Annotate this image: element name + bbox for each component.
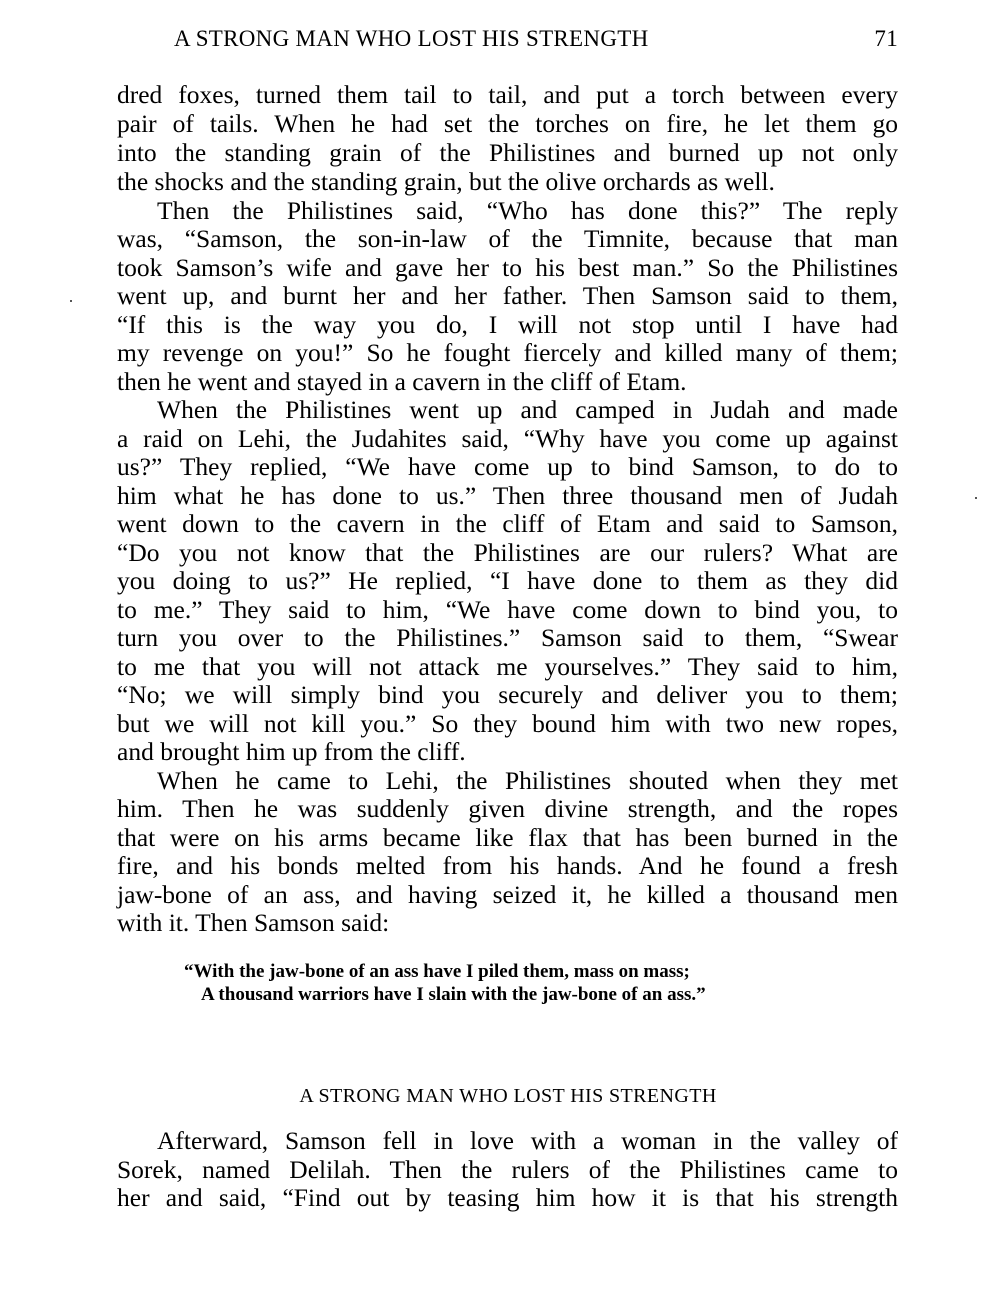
text-line: When the Philistines went up and camped … — [157, 395, 898, 424]
text-line: you doing to us?” He replied, “I have do… — [117, 566, 898, 595]
text-line: was, “Samson, the son-in-law of the Timn… — [117, 224, 898, 253]
text-line: Afterward, Samson fell in love with a wo… — [157, 1126, 898, 1155]
text-line: When he came to Lehi, the Philistines sh… — [157, 766, 898, 795]
text-line: but we will not kill you.” So they bound… — [117, 709, 898, 738]
text-line: him what he has done to us.” Then three … — [117, 481, 898, 510]
page-number: 71 — [874, 26, 898, 52]
scan-speck — [975, 497, 977, 499]
book-page: A STRONG MAN WHO LOST HIS STRENGTH 71 dr… — [0, 0, 1000, 1301]
text-line: us?” They replied, “We have come up to b… — [117, 452, 898, 481]
running-head-title: A STRONG MAN WHO LOST HIS STRENGTH — [174, 26, 649, 52]
text-line: a raid on Lehi, the Judahites said, “Why… — [117, 424, 898, 453]
text-line: the shocks and the standing grain, but t… — [117, 167, 898, 196]
running-head: A STRONG MAN WHO LOST HIS STRENGTH 71 — [174, 26, 898, 60]
text-line: fire, and his bonds melted from his hand… — [117, 851, 898, 880]
text-line: then he went and stayed in a cavern in t… — [117, 367, 898, 396]
text-line: her and said, “Find out by teasing him h… — [117, 1183, 898, 1212]
text-line: into the standing grain of the Philistin… — [117, 138, 898, 167]
text-line: my revenge on you!” So he fought fiercel… — [117, 338, 898, 367]
verse-line: A thousand warriors have I slain with th… — [201, 983, 706, 1006]
text-line: took Samson’s wife and gave her to his b… — [117, 253, 898, 282]
text-line: Sorek, named Delilah. Then the rulers of… — [117, 1155, 898, 1184]
text-line: to me.” They said to him, “We have come … — [117, 595, 898, 624]
section-heading: A STRONG MAN WHO LOST HIS STRENGTH — [243, 1085, 773, 1108]
text-line: “No; we will simply bind you securely an… — [117, 680, 898, 709]
text-line: with it. Then Samson said: — [117, 908, 898, 937]
text-line: “Do you not know that the Philistines ar… — [117, 538, 898, 567]
text-line: pair of tails. When he had set the torch… — [117, 109, 898, 138]
text-line: to me that you will not attack me yourse… — [117, 652, 898, 681]
text-line: jaw-bone of an ass, and having seized it… — [117, 880, 898, 909]
text-line: went up, and burnt her and her father. T… — [117, 281, 898, 310]
scan-speck — [70, 300, 72, 302]
text-line: turn you over to the Philistines.” Samso… — [117, 623, 898, 652]
text-line: and brought him up from the cliff. — [117, 737, 898, 766]
text-line: went down to the cavern in the cliff of … — [117, 509, 898, 538]
text-line: Then the Philistines said, “Who has done… — [157, 196, 898, 225]
text-line: dred foxes, turned them tail to tail, an… — [117, 80, 898, 109]
text-line: “If this is the way you do, I will not s… — [117, 310, 898, 339]
text-line: that were on his arms became like flax t… — [117, 823, 898, 852]
verse-line: “With the jaw-bone of an ass have I pile… — [184, 960, 690, 983]
text-line: him. Then he was suddenly given divine s… — [117, 794, 898, 823]
